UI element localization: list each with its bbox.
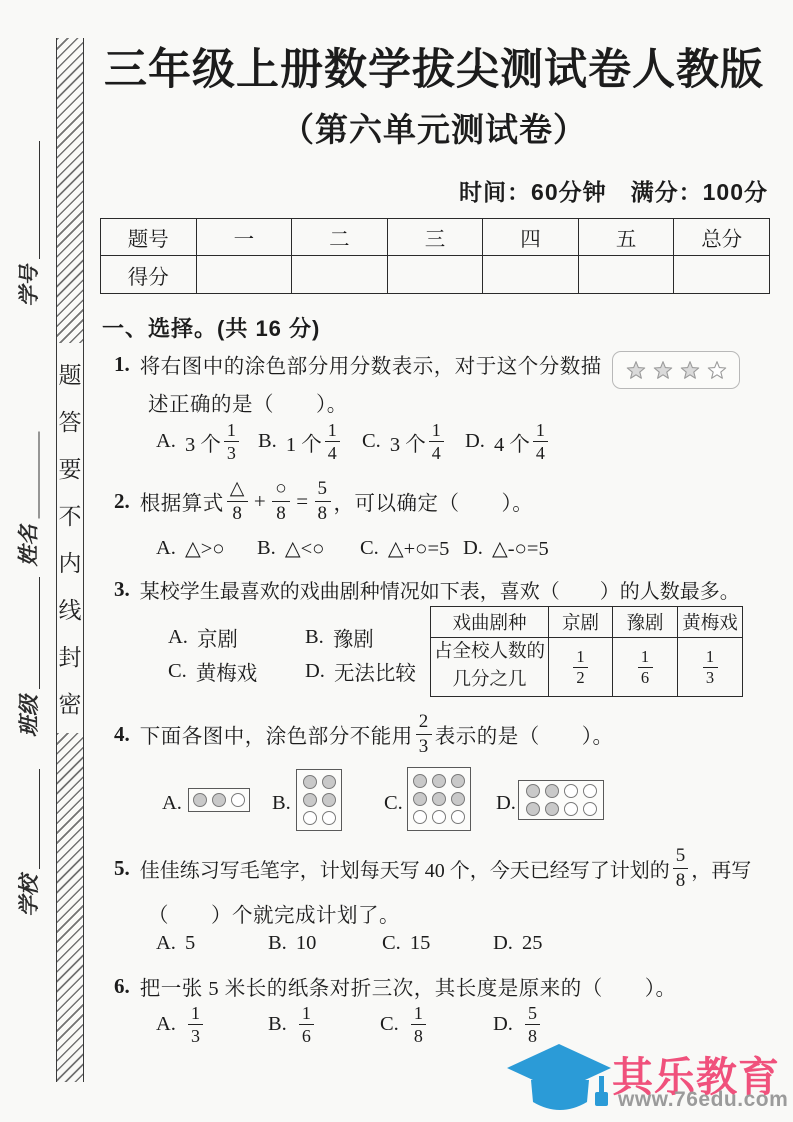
option-text: 3 个 [185, 427, 221, 457]
score-empty-cell [292, 256, 388, 294]
question-text: 某校学生最喜欢的戏曲剧种情况如下表，喜欢（ ）的人数最多。 [140, 575, 740, 604]
table-header-cell: 豫剧 [613, 607, 678, 638]
graduation-cap-icon [505, 1040, 617, 1120]
seal-char: 要 [59, 451, 82, 484]
denominator: 3 [191, 1025, 200, 1046]
denominator: 4 [536, 442, 545, 463]
option-label: D. [465, 430, 485, 453]
option-text: 15 [410, 932, 431, 955]
margin-label-name: 姓名 [13, 432, 43, 567]
star-filled-icon [680, 360, 700, 380]
question-text: 将右图中的涂色部分用分数表示，对于这个分数描 [140, 349, 602, 379]
student-number-label: 学号 [13, 265, 43, 307]
q1-option-a: A. 3 个 13 [156, 420, 242, 463]
option-label: B. [305, 626, 324, 649]
equals-sign: = [296, 489, 308, 514]
table-fraction-cell: 13 [678, 638, 743, 697]
row-label-line2: 几分之几 [431, 667, 548, 695]
option-label: A. [156, 430, 176, 453]
score-header-cell: 四 [483, 219, 579, 256]
denominator: 8 [232, 502, 242, 524]
logo-website-text: www.76edu.com [618, 1088, 788, 1112]
option-text: 无法比较 [334, 656, 416, 686]
figure-d-label: D. [496, 792, 516, 815]
option-text: 25 [522, 932, 543, 955]
question-6-line-1: 6. 把一张 5 米长的纸条对折三次，其长度是原来的（ ）。 [114, 971, 677, 1001]
empty-circle [583, 784, 597, 798]
numerator: 1 [703, 648, 718, 668]
question-4-line-1: 4. 下面各图中，涂色部分不能用 23 表示的是（ ）。 [114, 711, 614, 757]
star-filled-icon [653, 360, 673, 380]
name-label: 姓名 [13, 525, 43, 567]
denominator: 8 [276, 502, 286, 524]
option-text: 豫剧 [333, 622, 374, 652]
shaded-circle [451, 774, 465, 788]
question-text: ，可以确定（ ）。 [334, 486, 534, 516]
shaded-circle [322, 793, 336, 807]
opera-table-header-row: 戏曲剧种 京剧 豫剧 黄梅戏 [431, 607, 743, 638]
denominator: 8 [414, 1025, 423, 1046]
question-text: 表示的是（ ）。 [435, 719, 614, 749]
question-number: 4. [114, 722, 130, 747]
numerator: 1 [638, 648, 653, 668]
score-table-header-row: 题号 一 二 三 四 五 总分 [101, 219, 770, 256]
hatch-pattern-top [57, 38, 83, 343]
denominator: 2 [576, 668, 584, 687]
empty-circle [303, 811, 317, 825]
option-label: B. [268, 1013, 287, 1036]
score-empty-cell [578, 256, 674, 294]
option-label: D. [493, 1013, 513, 1036]
option-label: B. [258, 430, 277, 453]
fraction-triangle-over-8: △8 [227, 478, 248, 524]
plus-sign: + [254, 489, 266, 514]
q1-option-d: D. 4 个 14 [465, 420, 551, 463]
option-label: B. [257, 537, 276, 560]
question-text: 佳佳练习写毛笔字，计划每天写 40 个，今天已经写了计划的 [140, 854, 670, 883]
seal-char: 线 [59, 592, 82, 625]
q3-option-d: D. 无法比较 [305, 656, 416, 686]
margin-label-school: 学校 [13, 769, 43, 917]
question-number: 5. [114, 856, 130, 881]
shaded-circle [413, 792, 427, 806]
question-number: 6. [114, 974, 130, 999]
table-fraction-cell: 16 [613, 638, 678, 697]
shaded-circle [451, 792, 465, 806]
margin-label-class: 班级 [13, 577, 43, 737]
option-label: B. [268, 932, 287, 955]
q6-option-a: A. 13 [156, 1003, 206, 1046]
shaded-circle [526, 802, 540, 816]
option-label: D. [463, 537, 483, 560]
shaded-circle [432, 792, 446, 806]
table-header-cell: 戏曲剧种 [431, 607, 549, 638]
question-number: 1. [114, 352, 130, 377]
numerator: 5 [673, 845, 689, 868]
page-subtitle: （第六单元测试卷） [96, 104, 772, 151]
denominator: 8 [676, 869, 686, 891]
option-text: 3 个 [390, 427, 426, 457]
seal-char: 题 [59, 357, 82, 390]
option-text: 1 个 [286, 427, 322, 457]
table-fraction-cell: 12 [549, 638, 613, 697]
seal-text: 题 答 要 不 内 线 封 密 [57, 343, 83, 733]
table-header-cell: 京剧 [549, 607, 613, 638]
option-text: △+○=5 [388, 536, 450, 561]
figure-a-circles [188, 788, 250, 812]
class-label: 班级 [13, 695, 43, 737]
difficulty-star-rating [612, 351, 740, 389]
q3-option-a: A. 京剧 [168, 622, 238, 652]
denominator: 3 [227, 442, 236, 463]
numerator-circle: ○ [272, 478, 290, 501]
numerator: 1 [573, 648, 588, 668]
empty-circle [583, 802, 597, 816]
question-1-line-2: 述正确的是（ ）。 [148, 387, 348, 417]
star-empty-icon [707, 360, 727, 380]
numerator: 1 [299, 1003, 314, 1025]
question-text: 述正确的是（ ）。 [148, 387, 348, 417]
score-header-cell: 总分 [674, 219, 770, 256]
q2-option-a: A. △>○ [156, 536, 225, 561]
figure-c-label: C. [384, 792, 403, 815]
q6-option-c: C. 18 [380, 1003, 429, 1046]
figure-d-circles [518, 780, 604, 820]
empty-circle [322, 811, 336, 825]
question-text: 根据算式 [140, 486, 224, 516]
question-3-line-1: 3. 某校学生最喜欢的戏曲剧种情况如下表，喜欢（ ）的人数最多。 [114, 575, 740, 604]
figure-b-circles [296, 769, 342, 831]
figure-a-label: A. [162, 792, 182, 815]
shaded-circle [545, 802, 559, 816]
question-text: ，再写 [691, 854, 751, 883]
seal-char: 封 [59, 639, 82, 672]
option-text: 4 个 [494, 427, 530, 457]
score-empty-cell [674, 256, 770, 294]
score-empty-cell [387, 256, 483, 294]
score-empty-cell [196, 256, 292, 294]
empty-circle [231, 793, 245, 807]
blank-underline [39, 577, 40, 689]
option-label: C. [362, 430, 381, 453]
question-1-line-1: 1. 将右图中的涂色部分用分数表示，对于这个分数描 [114, 349, 602, 379]
numerator: 5 [315, 478, 331, 501]
option-label: C. [360, 537, 379, 560]
q1-option-b: B. 1 个 14 [258, 420, 343, 463]
shaded-circle [413, 774, 427, 788]
shaded-circle [303, 793, 317, 807]
q2-option-b: B. △<○ [257, 536, 325, 561]
option-text: △-○=5 [492, 536, 549, 561]
fraction: 13 [224, 420, 239, 463]
opera-table-value-row: 占全校人数的 几分之几 12 16 13 [431, 638, 743, 697]
empty-circle [564, 784, 578, 798]
question-5-line-1: 5. 佳佳练习写毛笔字，计划每天写 40 个，今天已经写了计划的 58 ，再写 [114, 845, 751, 891]
fraction: 18 [411, 1003, 426, 1046]
score-header-cell: 题号 [101, 219, 197, 256]
denominator: 8 [318, 502, 328, 524]
numerator: 2 [416, 711, 432, 734]
figure-c-circles [407, 767, 471, 831]
denominator: 4 [328, 442, 337, 463]
seal-line-band: 题 答 要 不 内 线 封 密 [56, 38, 84, 1082]
margin-label-student-number: 学号 [13, 141, 43, 307]
q2-option-c: C. △+○=5 [360, 536, 449, 561]
seal-char: 不 [59, 498, 82, 531]
q1-option-c: C. 3 个 14 [362, 420, 447, 463]
blank-underline [39, 141, 40, 259]
opera-genre-table: 戏曲剧种 京剧 豫剧 黄梅戏 占全校人数的 几分之几 12 16 13 [430, 606, 743, 697]
star-filled-icon [626, 360, 646, 380]
q6-option-b: B. 16 [268, 1003, 317, 1046]
option-label: A. [156, 932, 176, 955]
option-text: 京剧 [197, 622, 238, 652]
question-5-line-2: （ ）个就完成计划了。 [148, 898, 400, 928]
fraction: 13 [703, 648, 718, 688]
table-row-label: 占全校人数的 几分之几 [431, 638, 549, 697]
q3-option-c: C. 黄梅戏 [168, 656, 257, 686]
numerator: 5 [525, 1003, 540, 1025]
figure-b-label: B. [272, 792, 291, 815]
score-header-cell: 三 [387, 219, 483, 256]
blank-underline [39, 432, 40, 519]
shaded-circle [545, 784, 559, 798]
hatch-pattern-bottom [57, 733, 83, 1082]
question-2-line-1: 2. 根据算式 △8 + ○8 = 58 ，可以确定（ ）。 [114, 477, 533, 525]
option-label: C. [382, 932, 401, 955]
q5-option-b: B. 10 [268, 932, 316, 955]
option-text: △<○ [285, 536, 325, 561]
denominator: 6 [302, 1025, 311, 1046]
seal-char: 答 [59, 404, 82, 437]
option-text: △>○ [185, 536, 225, 561]
shaded-circle [432, 774, 446, 788]
empty-circle [413, 810, 427, 824]
option-label: C. [168, 660, 187, 683]
empty-circle [432, 810, 446, 824]
page-title: 三年级上册数学拔尖测试卷人教版 [96, 36, 772, 97]
fraction: 13 [188, 1003, 203, 1046]
fraction-circle-over-8: ○8 [272, 478, 290, 524]
option-label: D. [493, 932, 513, 955]
q2-option-d: D. △-○=5 [463, 536, 549, 561]
score-row-label: 得分 [101, 256, 197, 294]
seal-char: 内 [59, 545, 82, 578]
question-number: 3. [114, 577, 130, 602]
school-label: 学校 [13, 875, 43, 917]
table-header-cell: 黄梅戏 [678, 607, 743, 638]
score-table: 题号 一 二 三 四 五 总分 得分 [100, 218, 770, 294]
score-header-cell: 一 [196, 219, 292, 256]
option-label: A. [156, 1013, 176, 1036]
fraction: 14 [533, 420, 548, 463]
section-heading: 一、选择。(共 16 分) [102, 312, 320, 343]
denominator: 4 [432, 442, 441, 463]
denominator: 3 [706, 668, 714, 687]
fraction-5-over-8: 58 [315, 478, 331, 524]
fraction: 12 [573, 648, 588, 688]
score-header-cell: 二 [292, 219, 388, 256]
fraction: 16 [299, 1003, 314, 1046]
denominator: 3 [419, 735, 429, 757]
q5-option-c: C. 15 [382, 932, 430, 955]
fraction-2-over-3: 23 [416, 711, 432, 757]
numerator: 1 [224, 420, 239, 442]
fraction: 14 [325, 420, 340, 463]
numerator: 1 [325, 420, 340, 442]
shaded-circle [322, 775, 336, 789]
numerator: 1 [188, 1003, 203, 1025]
option-text: 黄梅戏 [196, 656, 258, 686]
denominator: 6 [641, 668, 649, 687]
option-label: C. [380, 1013, 399, 1036]
option-label: D. [305, 660, 325, 683]
fraction-5-over-8: 58 [673, 845, 689, 891]
row-label-line1: 占全校人数的 [431, 639, 548, 667]
numerator: 1 [533, 420, 548, 442]
option-label: A. [168, 626, 188, 649]
empty-circle [564, 802, 578, 816]
shaded-circle [303, 775, 317, 789]
score-header-cell: 五 [578, 219, 674, 256]
numerator: 1 [429, 420, 444, 442]
fraction: 14 [429, 420, 444, 463]
numerator-triangle: △ [227, 478, 248, 501]
shaded-circle [193, 793, 207, 807]
option-text: 5 [185, 932, 195, 955]
empty-circle [451, 810, 465, 824]
seal-char: 密 [59, 686, 82, 719]
q5-option-d: D. 25 [493, 932, 542, 955]
q5-option-a: A. 5 [156, 932, 195, 955]
shaded-circle [526, 784, 540, 798]
option-text: 10 [296, 932, 317, 955]
numerator: 1 [411, 1003, 426, 1025]
question-text: 下面各图中，涂色部分不能用 [140, 719, 413, 749]
question-text: 把一张 5 米长的纸条对折三次，其长度是原来的（ ）。 [140, 971, 677, 1001]
blank-underline [39, 769, 40, 869]
test-paper-page: 学号 姓名 班级 学校 题 答 要 不 内 线 封 密 三年级上册数学拔尖测试卷… [0, 0, 793, 1122]
q3-option-b: B. 豫剧 [305, 622, 374, 652]
score-table-score-row: 得分 [101, 256, 770, 294]
fraction: 16 [638, 648, 653, 688]
option-label: A. [156, 537, 176, 560]
score-empty-cell [483, 256, 579, 294]
question-text: （ ）个就完成计划了。 [148, 898, 400, 928]
time-score-info: 时间：60分钟 满分：100分 [96, 174, 768, 207]
shaded-circle [212, 793, 226, 807]
question-number: 2. [114, 489, 130, 514]
